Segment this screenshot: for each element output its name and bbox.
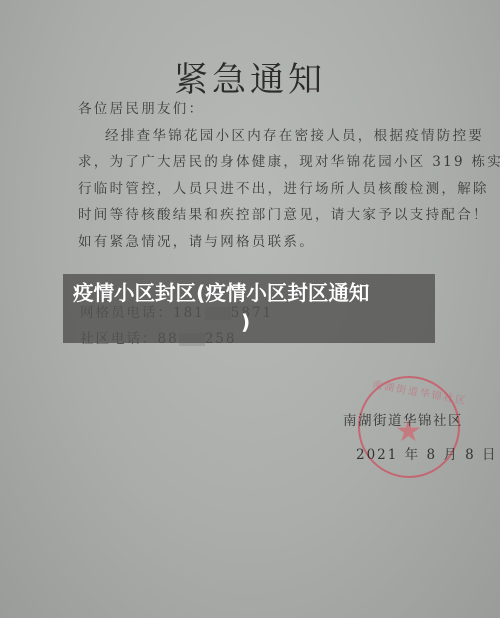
caption-main: 疫情小区封区(疫情小区封区通知 — [73, 281, 369, 305]
paragraph-line: 经排查华锦花园小区内存在密接人员，根据疫情防控要 — [78, 123, 478, 150]
caption-title: 疫情小区封区(疫情小区封区通知 ) — [73, 279, 418, 337]
caption-tail: ) — [73, 308, 418, 337]
paragraph-line: 求，为了广大居民的身体健康，现对华锦花园小区 319 栋实 — [78, 149, 478, 176]
paragraph-line: 行临时管控，人员只进不出，进行场所人员核酸检测，解除 — [78, 176, 478, 203]
notice-body: 各位居民朋友们： 经排查华锦花园小区内存在密接人员，根据疫情防控要 求，为了广大… — [78, 96, 478, 255]
salutation: 各位居民朋友们： — [78, 96, 478, 123]
paragraph-line: 如有紧急情况，请与网格员联系。 — [78, 229, 478, 256]
notice-title: 紧急通知 — [0, 52, 500, 101]
paragraph-line: 时间等待核酸结果和疾控部门意见，请大家予以支持配合！ — [78, 202, 478, 229]
issue-date: 2021 年 8 月 8 日 — [356, 443, 498, 463]
issuer-signature: 南湖街道华锦社区 — [343, 409, 463, 429]
